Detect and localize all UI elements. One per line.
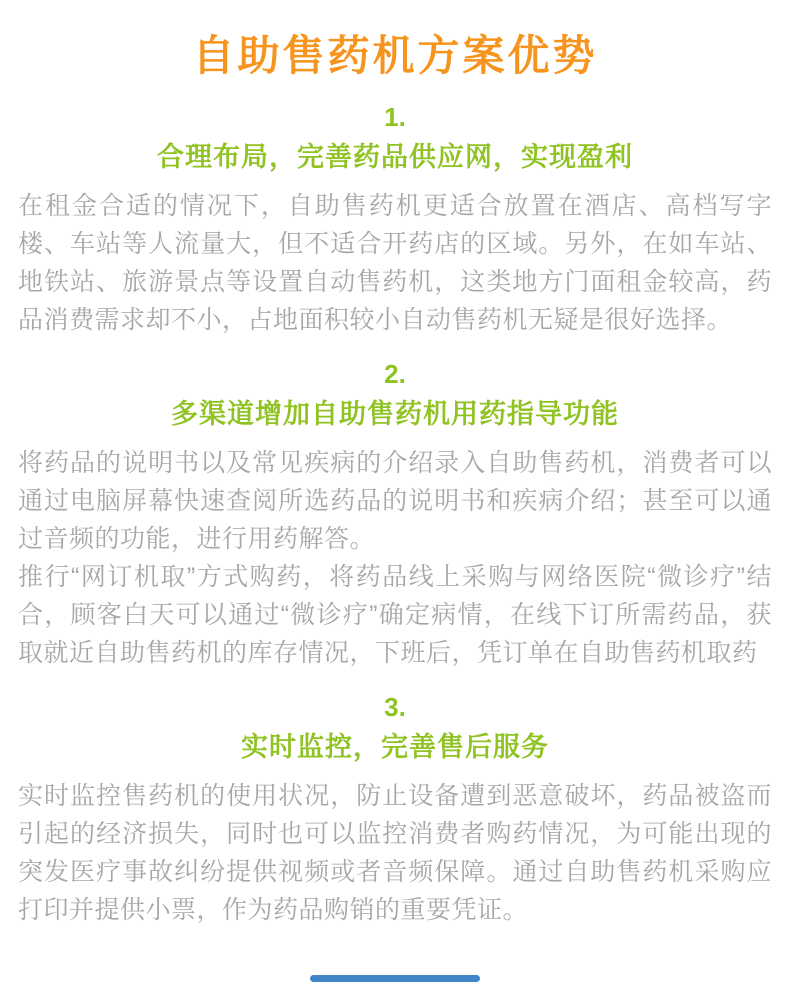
section-1-paragraph: 在租金合适的情况下，自助售药机更适合放置在酒店、高档写字楼、车站等人流量大，但不… — [0, 187, 790, 339]
page-title: 自助售药机方案优势 — [0, 0, 790, 82]
section-2-number: 2. — [0, 359, 790, 389]
section-2-paragraph-1: 将药品的说明书以及常见疾病的介绍录入自助售药机，消费者可以通过电脑屏幕快速查阅所… — [0, 444, 790, 558]
section-2-heading: 多渠道增加自助售药机用药指导功能 — [0, 397, 790, 431]
section-guidance-advantage: 2. 多渠道增加自助售药机用药指导功能 将药品的说明书以及常见疾病的介绍录入自助… — [0, 359, 790, 672]
section-layout-advantage: 1. 合理布局，完善药品供应网，实现盈利 在租金合适的情况下，自助售药机更适合放… — [0, 102, 790, 339]
section-3-number: 3. — [0, 692, 790, 722]
article-page: 自助售药机方案优势 1. 合理布局，完善药品供应网，实现盈利 在租金合适的情况下… — [0, 0, 790, 985]
section-3-paragraph: 实时监控售药机的使用状况，防止设备遭到恶意破坏，药品被盗而引起的经济损失，同时也… — [0, 777, 790, 929]
section-1-heading: 合理布局，完善药品供应网，实现盈利 — [0, 140, 790, 174]
section-2-paragraph-2: 推行“网订机取”方式购药，将药品线上采购与网络医院“微诊疗”结合，顾客白天可以通… — [0, 558, 790, 672]
section-1-number: 1. — [0, 102, 790, 132]
section-monitoring-advantage: 3. 实时监控，完善售后服务 实时监控售药机的使用状况，防止设备遭到恶意破坏，药… — [0, 692, 790, 929]
bottom-scroll-indicator — [310, 975, 480, 982]
section-3-heading: 实时监控，完善售后服务 — [0, 730, 790, 764]
